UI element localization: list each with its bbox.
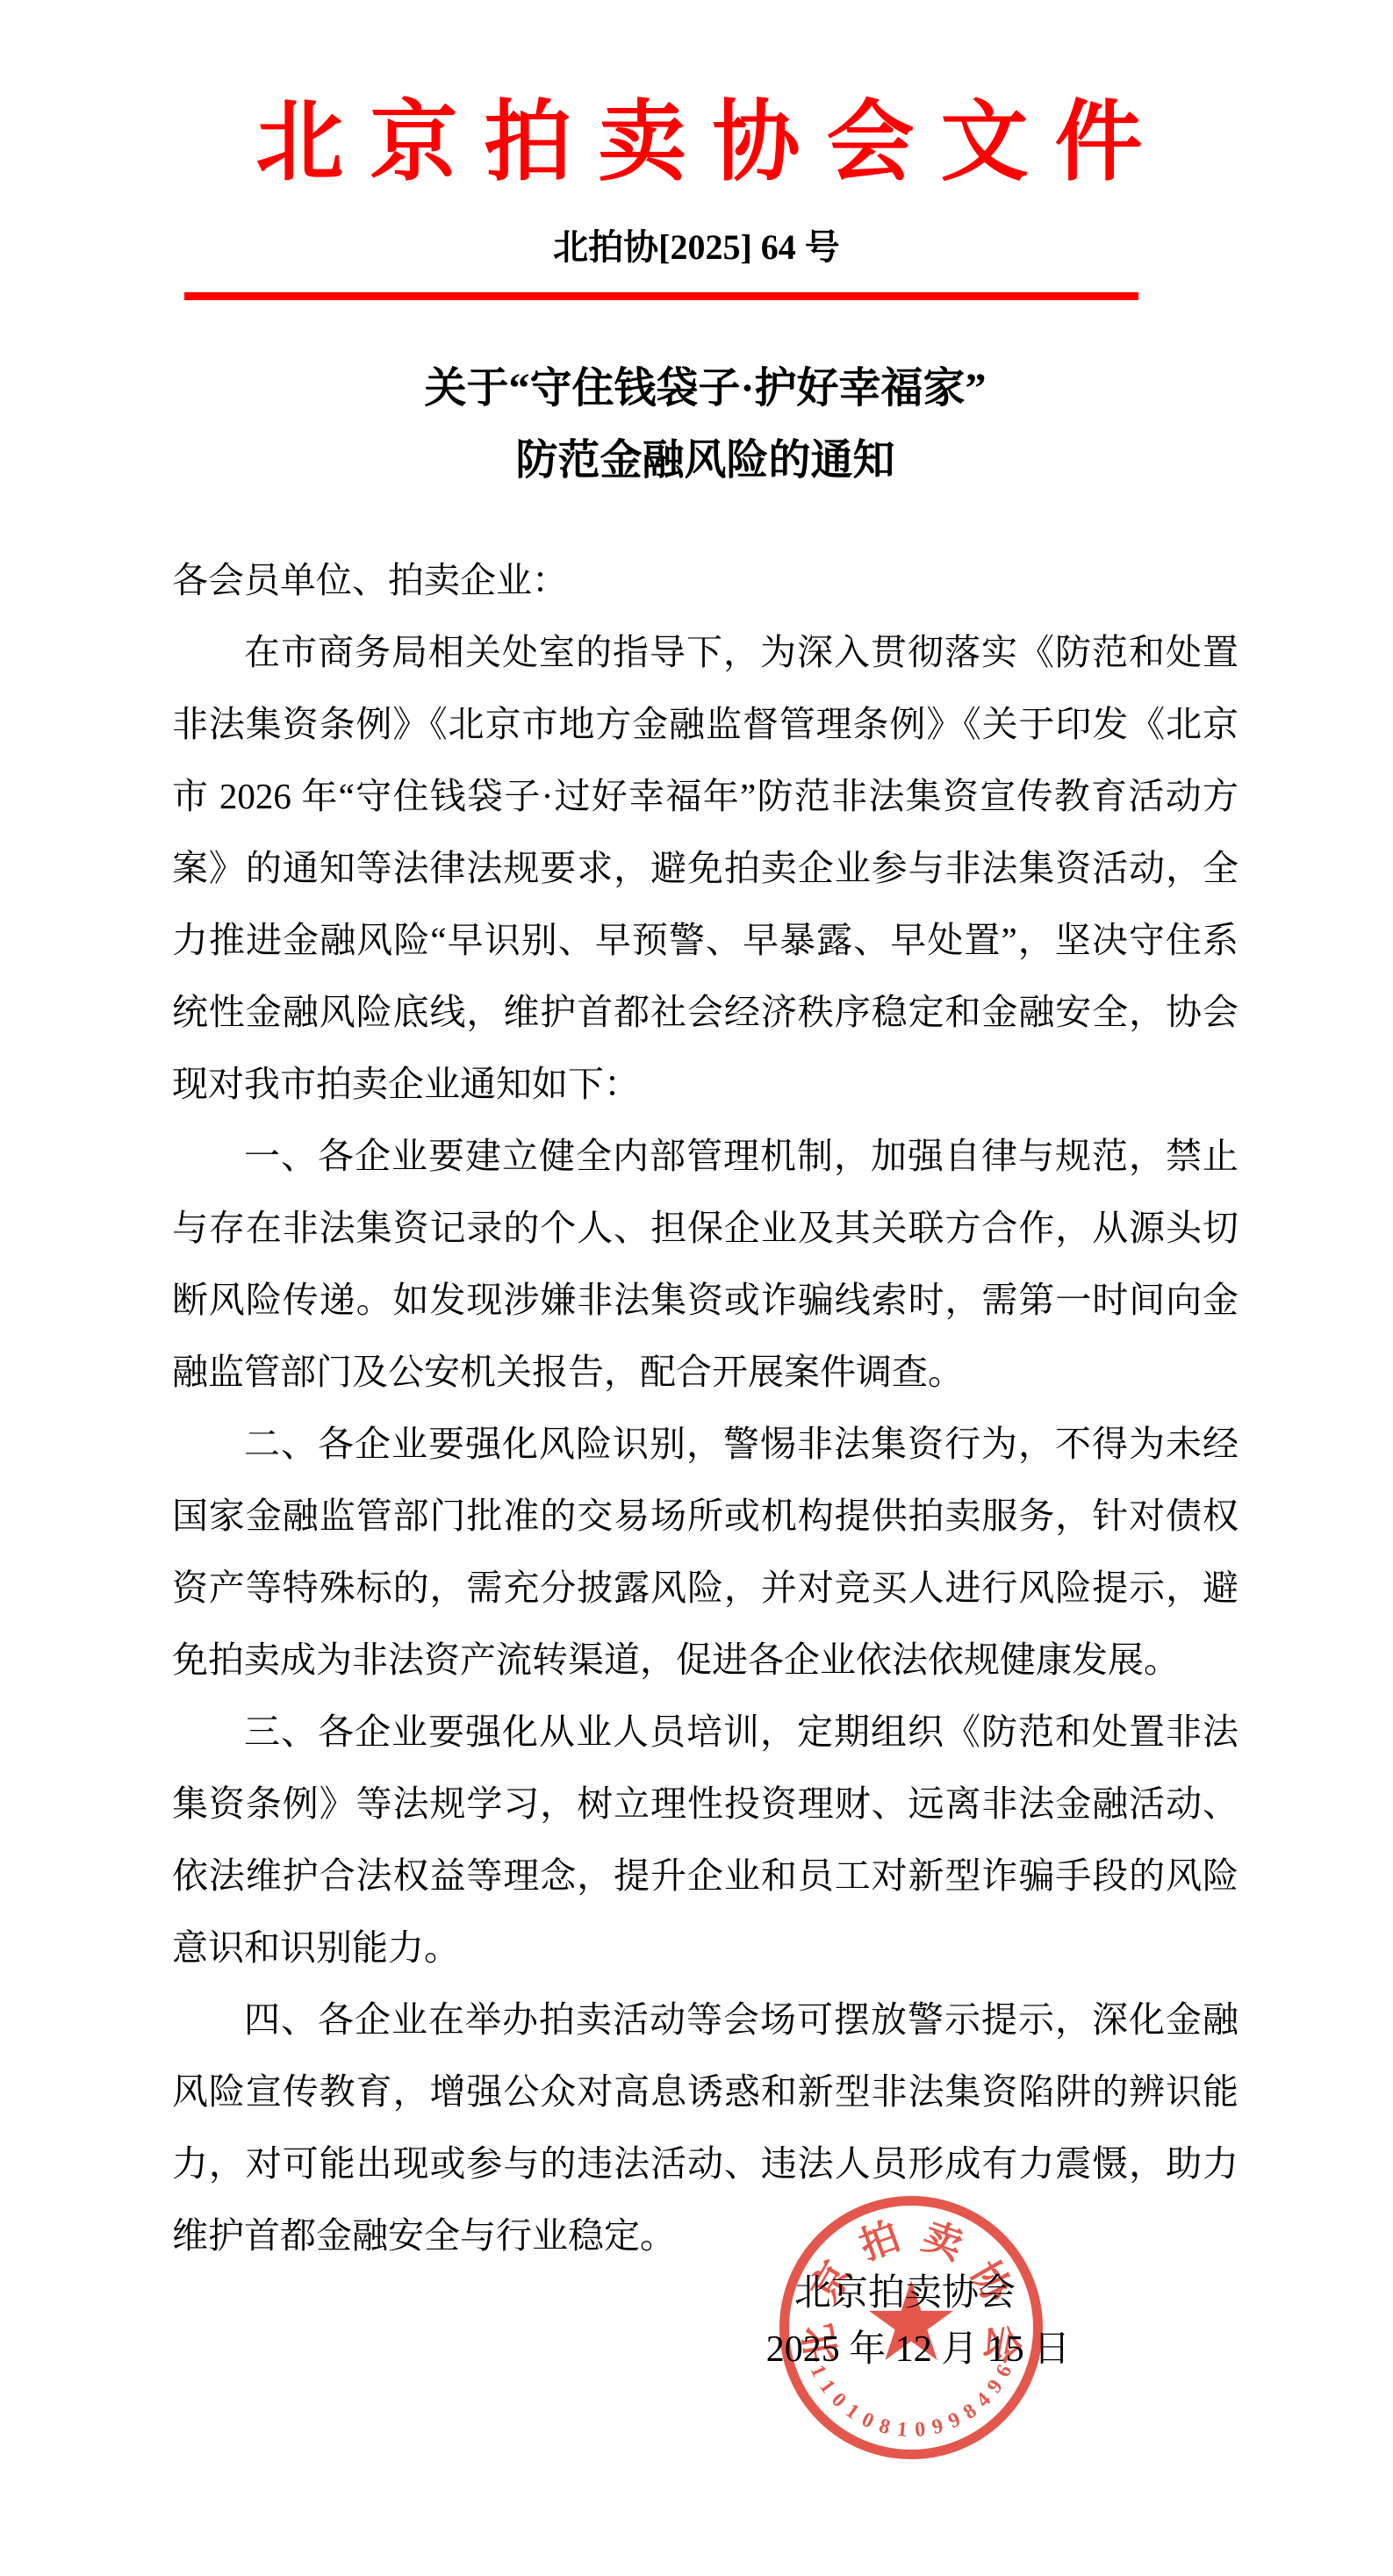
doc-title-line1: 关于“守住钱袋子·护好幸福家” (172, 353, 1239, 425)
signature-org-name: 北京拍卖协会 (659, 2271, 1151, 2315)
signature-date: 2025 年 12 月 15 日 (672, 2328, 1164, 2371)
paragraph-item-2: 二、各企业要强化风险识别，警惕非法集资行为，不得为未经国家金融监管部门批准的交易… (172, 1408, 1239, 1696)
doc-title-line2: 防范金融风险的通知 (172, 425, 1239, 497)
document-page: 北京拍卖协会文件 北拍协[2025] 64 号 关于“守住钱袋子·护好幸福家” … (0, 0, 1393, 2576)
paragraph-intro: 在市商务局相关处室的指导下，为深入贯彻落实《防范和处置非法集资条例》《北京市地方… (172, 616, 1239, 1120)
doc-body: 各会员单位、拍卖企业： 在市商务局相关处室的指导下，为深入贯彻落实《防范和处置非… (172, 544, 1239, 2271)
salutation: 各会员单位、拍卖企业： (172, 544, 1239, 616)
org-header-title: 北京拍卖协会文件 (0, 95, 1393, 191)
doc-title: 关于“守住钱袋子·护好幸福家” 防范金融风险的通知 (172, 353, 1239, 497)
doc-number: 北拍协[2025] 64 号 (0, 226, 1393, 269)
paragraph-item-4: 四、各企业在举办拍卖活动等会场可摆放警示提示，深化金融风险宣传教育，增强公众对高… (172, 1984, 1239, 2271)
paragraph-item-3: 三、各企业要强化从业人员培训，定期组织《防范和处置非法集资条例》等法规学习，树立… (172, 1696, 1239, 1984)
red-divider-rule (184, 292, 1138, 300)
paragraph-item-1: 一、各企业要建立健全内部管理机制，加强自律与规范，禁止与存在非法集资记录的个人、… (172, 1120, 1239, 1408)
